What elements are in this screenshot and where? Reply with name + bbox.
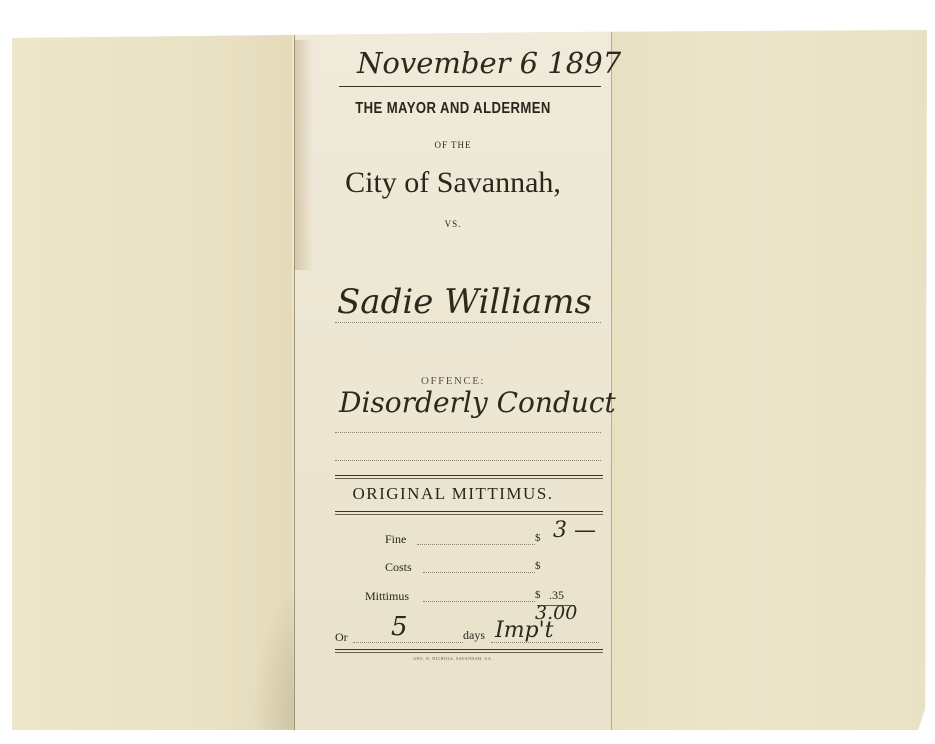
days-leader [353, 642, 463, 643]
footer-rule [335, 649, 603, 650]
days-note-line [491, 642, 599, 643]
offence-line-2 [335, 460, 601, 461]
days-note: Imp't [495, 618, 554, 643]
costs-label: Costs [385, 560, 412, 575]
mittimus-currency: $ [535, 589, 541, 601]
days-label: days [463, 628, 485, 643]
water-stain [295, 40, 313, 270]
city-name: City of Savannah, [295, 166, 611, 200]
title-rule-top [335, 475, 603, 476]
defendant-line [335, 322, 601, 323]
fine-leader [417, 544, 535, 545]
title-rule-bottom-2 [335, 514, 603, 515]
offence-line-1 [335, 432, 601, 433]
costs-leader [423, 572, 535, 573]
or-label: Or [335, 630, 348, 645]
handwritten-date: November 6 1897 [357, 46, 621, 80]
document-sheet: November 6 1897 THE MAYOR AND ALDERMEN O… [12, 30, 927, 730]
fine-currency: $ [535, 532, 541, 544]
defendant-name: Sadie Williams [337, 282, 592, 322]
date-line [339, 86, 601, 87]
mittimus-form: November 6 1897 THE MAYOR AND ALDERMEN O… [294, 30, 612, 730]
fine-label: Fine [385, 532, 406, 547]
header-line1: THE MAYOR AND ALDERMEN [323, 100, 582, 118]
days-value: 5 [391, 612, 408, 642]
offence-value: Disorderly Conduct [339, 386, 616, 419]
costs-currency: $ [535, 560, 541, 572]
fine-value: 3 — [553, 518, 596, 543]
footer-rule-2 [335, 652, 603, 653]
mittimus-value: .35 [549, 588, 564, 603]
form-title: ORIGINAL MITTIMUS. [295, 484, 611, 504]
title-rule-bottom [335, 511, 603, 512]
left-fold-panel [12, 30, 292, 730]
mittimus-label: Mittimus [365, 589, 409, 604]
printer-imprint: GEO. N. NICHOLS, SAVANNAH, GA. [295, 656, 611, 661]
mittimus-leader [423, 601, 535, 602]
right-fold-panel [612, 30, 927, 730]
title-rule-top-2 [335, 478, 603, 479]
versus-label: VS. [295, 219, 611, 229]
header-line2: OF THE [295, 140, 611, 150]
